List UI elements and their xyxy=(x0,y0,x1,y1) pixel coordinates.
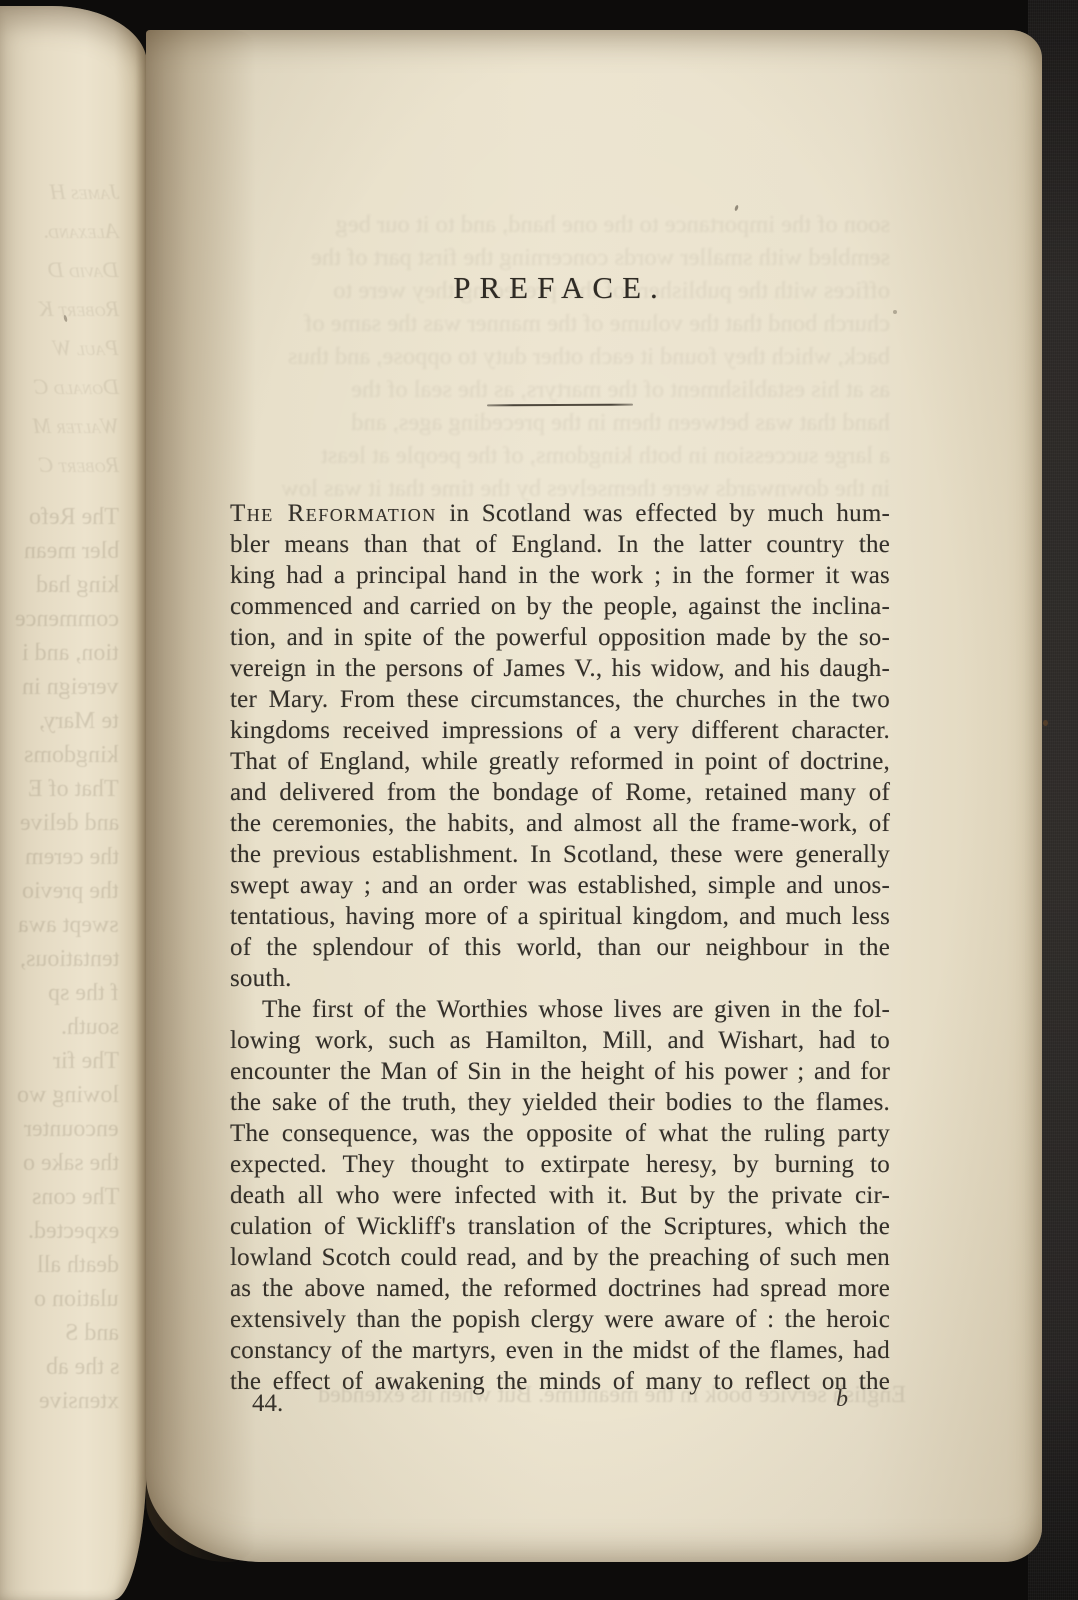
show-through-text-fragment: xtensive xyxy=(39,1389,119,1413)
show-through-text-fragment: and S xyxy=(65,1321,119,1345)
preface-text: The Reformation in Scotland was effected… xyxy=(230,498,890,1397)
text-line: extensively than the popish clergy were … xyxy=(230,1304,890,1335)
show-through-name-fragment: David D xyxy=(48,258,119,282)
show-through-text-fragment: expected. xyxy=(28,1219,119,1243)
text-line: the ceremonies, the habits, and almost a… xyxy=(230,808,890,839)
photo-backdrop: James HAlexand.David DRobert KPaul WDona… xyxy=(0,0,1078,1600)
text-line: The Reformation in Scotland was effected… xyxy=(230,498,890,529)
show-through-text-fragment: tion, and i xyxy=(22,641,119,665)
text-line: vereign in the persons of James V., his … xyxy=(230,653,890,684)
text-line: death all who were infected with it. But… xyxy=(230,1180,890,1211)
show-through-text-fragment: The fir xyxy=(53,1049,119,1073)
show-through-line: English service book in the meantime. Bu… xyxy=(216,1382,906,1409)
show-through-line: sembled with smaller words concerning th… xyxy=(230,243,890,273)
show-through-text-fragment: south. xyxy=(61,1015,119,1039)
show-through-line: soon of the importance to the one hand, … xyxy=(230,210,890,240)
show-through-text-fragment: and delive xyxy=(20,811,119,835)
show-through-name-fragment: Walter M xyxy=(33,414,119,438)
page-number: 44. xyxy=(252,1390,283,1418)
text-line: culation of Wickliff's translation of th… xyxy=(230,1211,890,1242)
text-line: king had a principal hand in the work ; … xyxy=(230,560,890,591)
previous-page-edge: James HAlexand.David DRobert KPaul WDona… xyxy=(0,6,147,1600)
show-through-line: back, which they found it each other dut… xyxy=(230,342,890,372)
show-through-line: a large succession in both kingdoms, of … xyxy=(230,441,890,471)
small-caps-lead: The Reformation xyxy=(230,500,437,527)
show-through-text-fragment: the previo xyxy=(22,879,119,903)
show-through-text-fragment: That of E xyxy=(28,777,119,801)
text-line: bler means than that of England. In the … xyxy=(230,529,890,560)
text-line: commenced and carried on by the people, … xyxy=(230,591,890,622)
show-through-text-fragment: The Refo xyxy=(29,505,119,529)
show-through-text-fragment: encounter xyxy=(24,1117,119,1141)
text-line: as the above named, the reformed doctrin… xyxy=(230,1273,890,1304)
text-line: swept away ; and an order was establishe… xyxy=(230,870,890,901)
text-line: of the splendour of this world, than our… xyxy=(230,932,890,963)
show-through-text-fragment: the sake o xyxy=(23,1151,119,1175)
text-line: kingdoms received impressions of a very … xyxy=(230,715,890,746)
show-through-text-fragment: f the sp xyxy=(48,981,119,1005)
show-through-line: church bond that the volume of the manne… xyxy=(230,309,890,339)
show-through-text-fragment: ulation o xyxy=(34,1287,119,1311)
text-line: The first of the Worthies whose lives ar… xyxy=(230,994,890,1025)
paper-speck xyxy=(893,310,897,314)
show-through-text-fragment: lowing wo xyxy=(17,1083,119,1107)
text-line: south. xyxy=(230,963,890,994)
text-line: expected. They thought to extirpate here… xyxy=(230,1149,890,1180)
show-through-text-fragment: bler mean xyxy=(24,539,119,563)
show-through-text-fragment: tentatious, xyxy=(20,947,119,971)
show-through-text-fragment: commence xyxy=(15,607,119,631)
text-line: tentatious, having more of a spiritual k… xyxy=(230,901,890,932)
text-line: and delivered from the bondage of Rome, … xyxy=(230,777,890,808)
show-through-text-fragment: s the ab xyxy=(46,1355,119,1379)
signature-mark: b xyxy=(836,1386,848,1413)
text-line: lowing work, such as Hamilton, Mill, and… xyxy=(230,1025,890,1056)
show-through-text-fragment: swept awa xyxy=(18,913,119,937)
show-through-text-fragment: the cerem xyxy=(25,845,119,869)
show-through-name-fragment: Alexand. xyxy=(43,219,119,243)
show-through-name-fragment: Robert C xyxy=(39,453,119,477)
paper-speck xyxy=(1043,720,1048,726)
show-through-line: as at his establishment of the martyrs, … xyxy=(230,375,890,405)
text-line: lowland Scotch could read, and by the pr… xyxy=(230,1242,890,1273)
show-through-text-fragment: te Mary, xyxy=(39,709,119,733)
text-line: constancy of the martyrs, even in the mi… xyxy=(230,1335,890,1366)
preface-title: PREFACE. xyxy=(230,270,890,306)
show-through-text-fragment: death all xyxy=(37,1253,119,1277)
text-line: encounter the Man of Sin in the height o… xyxy=(230,1056,890,1087)
show-through-name-fragment: Donald C xyxy=(34,375,119,399)
show-through-name-fragment: James H xyxy=(50,180,119,204)
text-line: the previous establishment. In Scotland,… xyxy=(230,839,890,870)
text-line: ter Mary. From these circumstances, the … xyxy=(230,684,890,715)
title-divider-rule xyxy=(487,404,633,407)
show-through-text-fragment: kingdoms xyxy=(24,743,119,767)
text-line: the sake of the truth, they yielded thei… xyxy=(230,1087,890,1118)
show-through-line: hand that was between them in the preced… xyxy=(230,408,890,438)
book-page: soon of the importance to the one hand, … xyxy=(146,30,1042,1562)
text-line: That of England, while greatly reformed … xyxy=(230,746,890,777)
show-through-name-fragment: Paul W xyxy=(53,336,119,360)
text-line: The consequence, was the opposite of wha… xyxy=(230,1118,890,1149)
show-through-name-fragment: Robert K xyxy=(39,297,119,321)
text-line: tion, and in spite of the powerful oppos… xyxy=(230,622,890,653)
show-through-text-fragment: vereign in xyxy=(22,675,119,699)
show-through-text-fragment: The cons xyxy=(32,1185,119,1209)
show-through-text-fragment: king had xyxy=(36,573,119,597)
